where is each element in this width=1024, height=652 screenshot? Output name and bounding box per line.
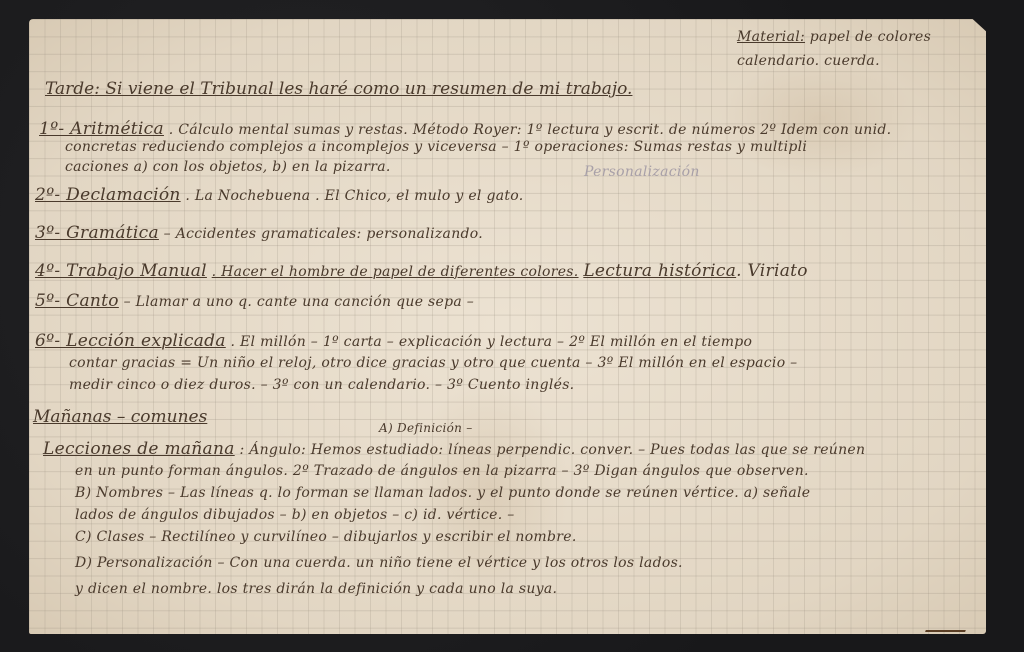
item-trabajo-manual: 4º- Trabajo Manual . Hacer el hombre de …	[35, 261, 808, 281]
definicion-label: A) Definición –	[379, 421, 473, 435]
item-heading: 2º- Declamación	[35, 185, 181, 205]
lecciones-line: C) Clases – Rectilíneo y curvilíneo – di…	[75, 529, 577, 545]
item-aritmetica-line3: caciones a) con los objetos, b) en la pi…	[65, 159, 391, 175]
item-leccion-line2: contar gracias = Un niño el reloj, otro …	[69, 355, 797, 371]
lecciones-heading: Lecciones de mañana	[43, 439, 235, 459]
item-leccion-explicada: 6º- Lección explicada . El millón – 1º c…	[35, 331, 752, 351]
material-note-line1: Material: papel de colores	[737, 29, 931, 45]
tarde-line: Tarde: Si viene el Tribunal les haré com…	[45, 79, 632, 99]
lecciones-line: en un punto forman ángulos. 2º Trazado d…	[75, 463, 809, 479]
material-label: Material:	[737, 29, 805, 45]
lecciones-line: lados de ángulos dibujados – b) en objet…	[75, 507, 515, 523]
item-heading: 1º- Aritmética	[39, 119, 164, 139]
lecciones-line: y dicen el nombre. los tres dirán la def…	[75, 581, 557, 597]
lecciones-manana: Lecciones de mañana : Ángulo: Hemos estu…	[43, 439, 865, 459]
paper-tear	[925, 616, 971, 632]
mananas-heading: Mañanas – comunes	[33, 407, 207, 427]
item-heading: 6º- Lección explicada	[35, 331, 226, 351]
item-aritmetica-line2: concretas reduciendo complejos a incompl…	[65, 139, 807, 155]
item-canto: 5º- Canto – Llamar a uno q. cante una ca…	[35, 291, 474, 311]
lectura-historica-heading: Lectura histórica	[583, 261, 736, 281]
item-declamacion: 2º- Declamación . La Nochebuena . El Chi…	[35, 185, 524, 205]
item-heading: 4º- Trabajo Manual	[35, 261, 207, 281]
material-note-line2: calendario. cuerda.	[737, 53, 880, 69]
lecciones-line: D) Personalización – Con una cuerda. un …	[75, 555, 683, 571]
item-aritmetica: 1º- Aritmética . Cálculo mental sumas y …	[39, 119, 891, 139]
handwritten-page: Material: papel de colores calendario. c…	[29, 19, 986, 634]
item-gramatica: 3º- Gramática – Accidentes gramaticales:…	[35, 223, 483, 243]
item-heading: 3º- Gramática	[35, 223, 159, 243]
tarde-heading: Tarde	[45, 79, 94, 99]
item-heading: 5º- Canto	[35, 291, 119, 311]
item-leccion-line3: medir cinco o diez duros. – 3º con un ca…	[69, 377, 574, 393]
lecciones-line: B) Nombres – Las líneas q. lo forman se …	[75, 485, 810, 501]
pencil-note: Personalización	[584, 164, 700, 180]
